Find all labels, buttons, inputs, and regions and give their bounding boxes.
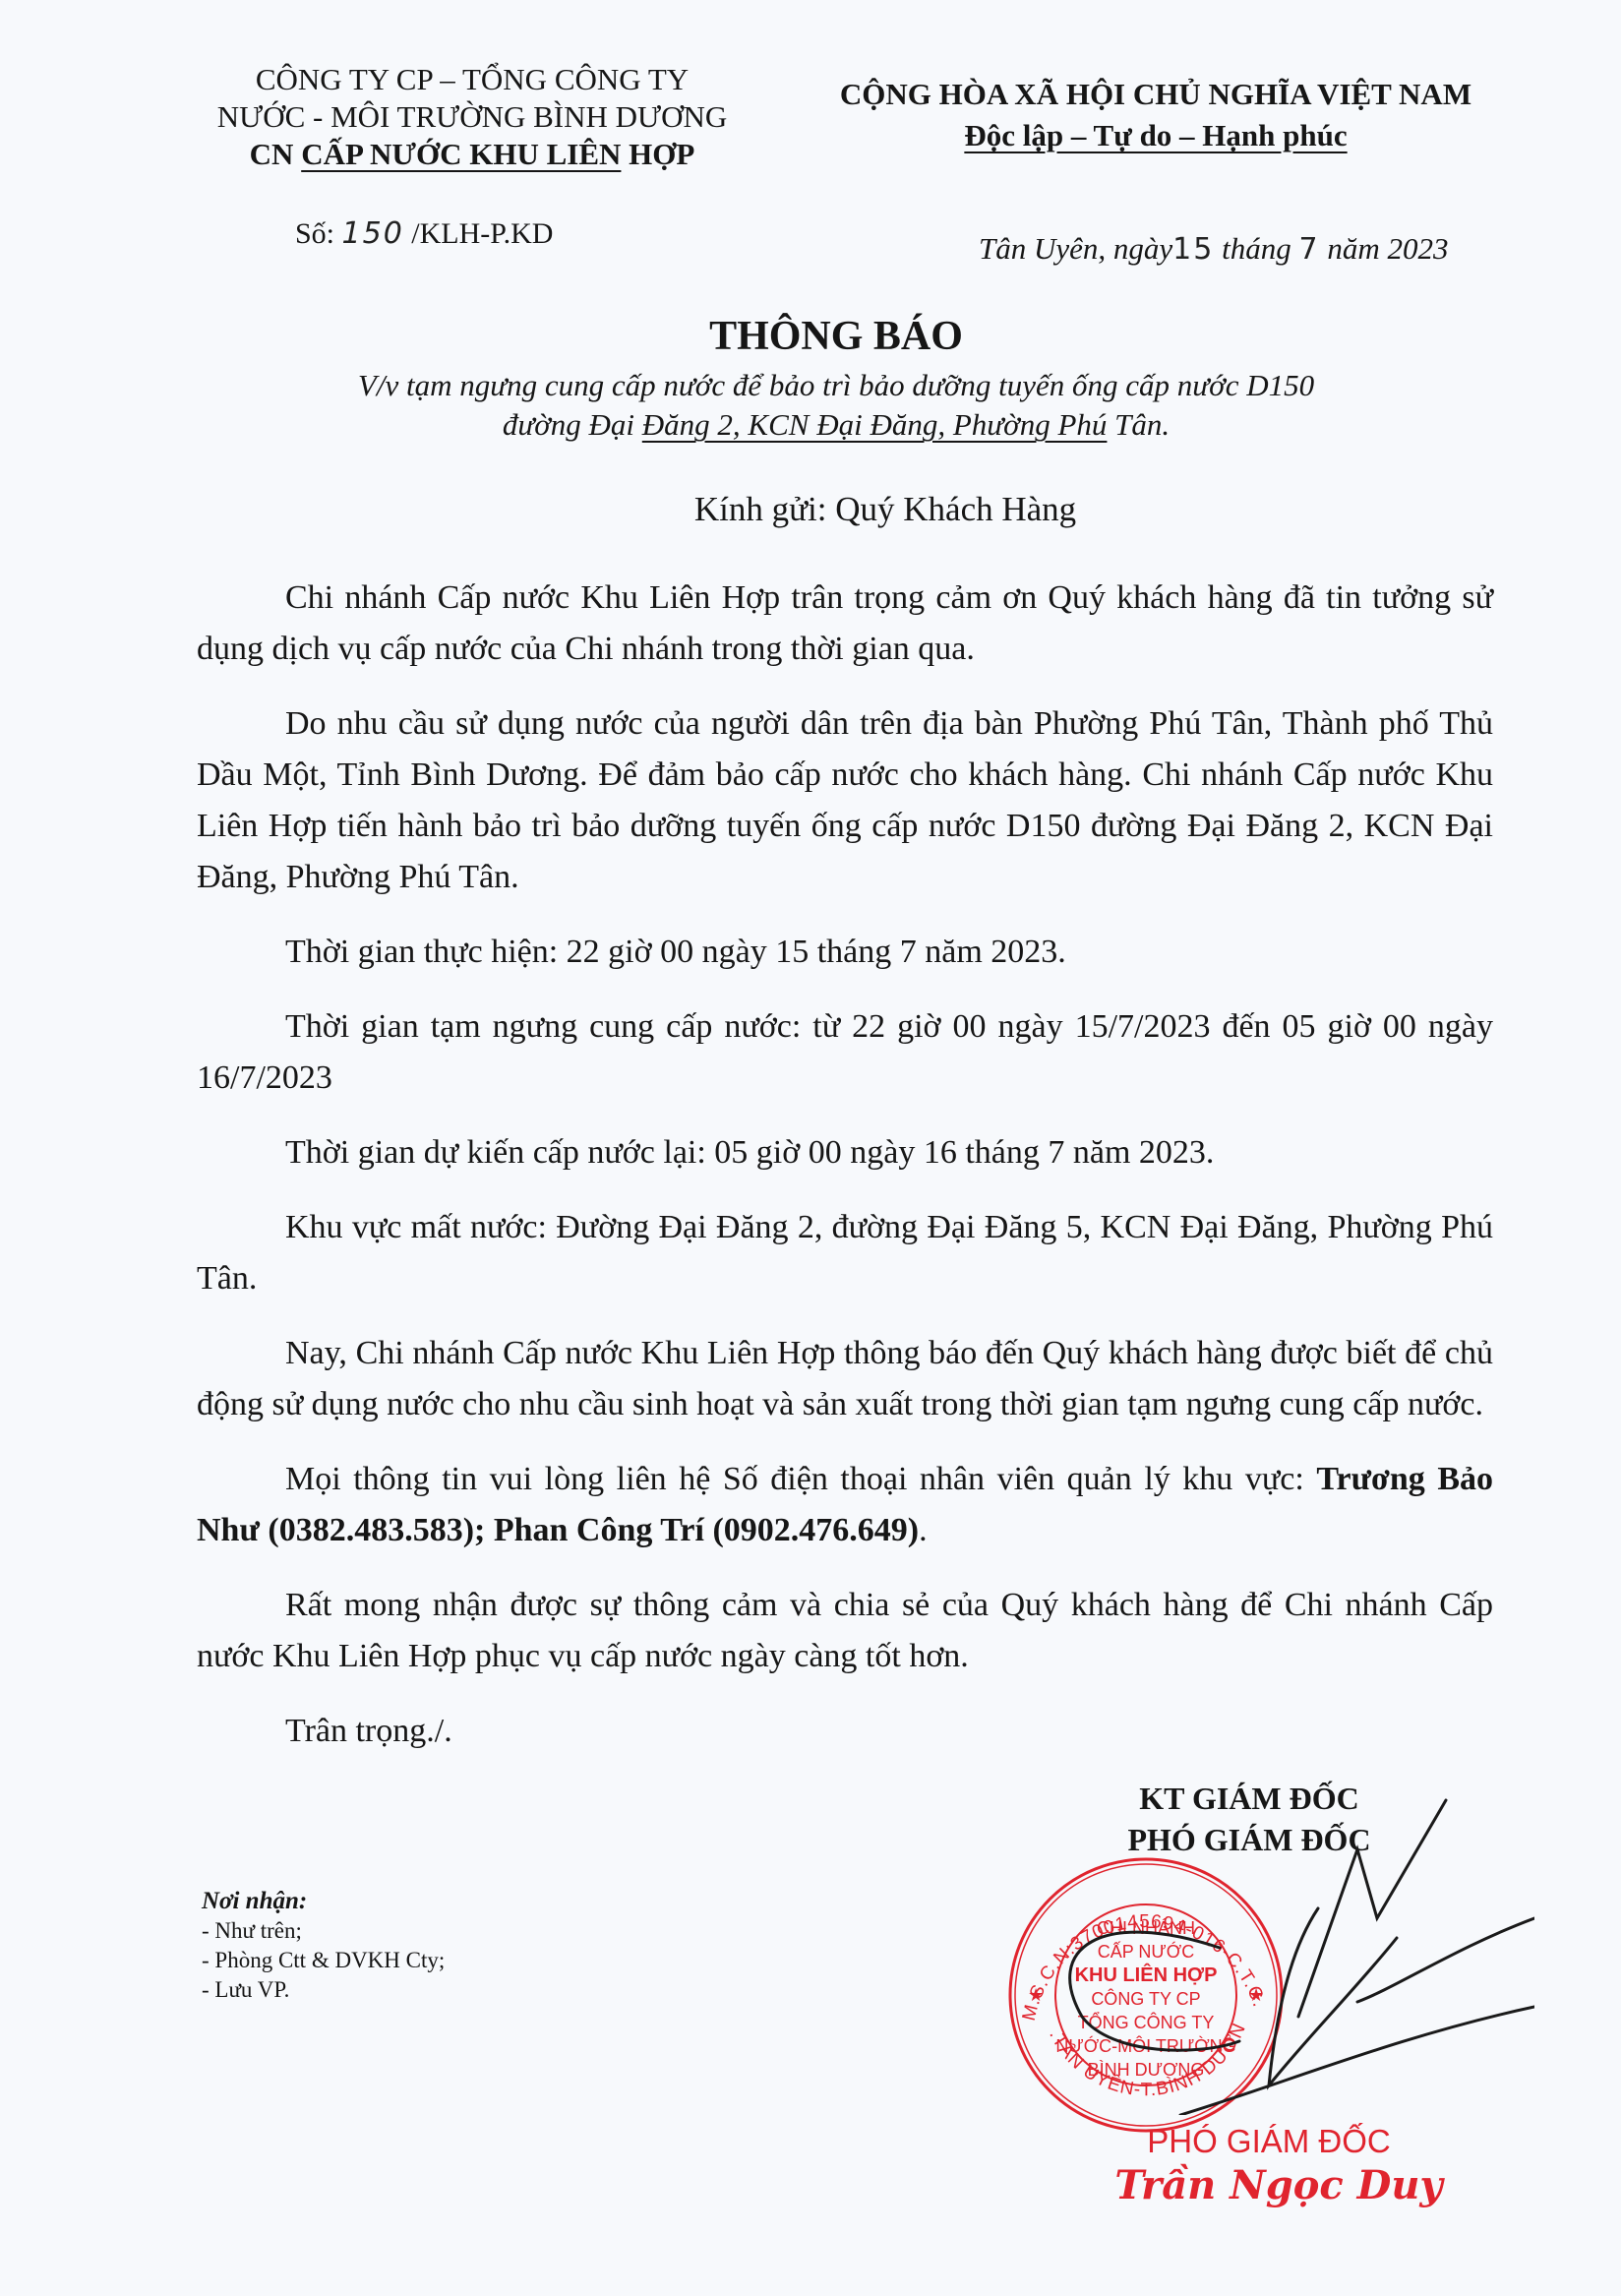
paragraph-execution-time: Thời gian thực hiện: 22 giờ 00 ngày 15 t…	[197, 927, 1493, 978]
national-motto: Độc lập – Tự do – Hạnh phúc	[792, 115, 1520, 156]
paragraph-affected-area: Khu vực mất nước: Đường Đại Đăng 2, đườn…	[197, 1202, 1493, 1304]
doc-no-label: Số:	[295, 217, 334, 250]
paragraph-appreciation: Rất mong nhận được sự thông cảm và chia …	[197, 1580, 1493, 1682]
national-title: CỘNG HÒA XÃ HỘI CHỦ NGHĨA VIỆT NAM	[792, 74, 1520, 115]
month-handwritten: 7	[1298, 232, 1319, 267]
issuer-branch: CN CẤP NƯỚC KHU LIÊN HỢP	[157, 136, 787, 173]
paragraph-contacts: Mọi thông tin vui lòng liên hệ Số điện t…	[197, 1454, 1493, 1556]
year-label: năm 2023	[1320, 231, 1449, 266]
month-label: tháng	[1214, 231, 1298, 266]
closing: Trân trọng./.	[197, 1706, 1493, 1757]
paragraph-restore-time: Thời gian dự kiến cấp nước lại: 05 giờ 0…	[197, 1127, 1493, 1178]
signature-icon	[984, 1790, 1534, 2115]
issuer-header: CÔNG TY CP – TỔNG CÔNG TY NƯỚC - MÔI TRƯ…	[157, 61, 787, 173]
doc-no-suffix: /KLH-P.KD	[404, 217, 554, 250]
issuer-branch-prefix: CN	[250, 137, 302, 171]
national-header: CỘNG HÒA XÃ HỘI CHỦ NGHĨA VIỆT NAM Độc l…	[792, 74, 1520, 156]
recipients: Nơi nhận: - Như trên; - Phòng Ctt & DVKH…	[202, 1887, 445, 2005]
subject-line-2-suffix: Tân.	[1107, 407, 1170, 442]
contacts-intro: Mọi thông tin vui lòng liên hệ Số điện t…	[285, 1461, 1316, 1497]
subject-line-2: đường Đại Đăng 2, KCN Đại Đăng, Phường P…	[295, 405, 1377, 445]
subject-line-1: V/v tạm ngưng cung cấp nước để bảo trì b…	[295, 366, 1377, 405]
recipient-item: - Phòng Ctt & DVKH Cty;	[202, 1946, 445, 1975]
issuer-branch-suffix: HỢP	[621, 137, 694, 171]
paragraph-reason: Do nhu cầu sử dụng nước của người dân tr…	[197, 698, 1493, 903]
national-motto-text: Độc lập – Tự do – Hạnh phúc	[964, 118, 1347, 152]
issuer-line-1: CÔNG TY CP – TỔNG CÔNG TY	[157, 61, 787, 98]
paragraph-thanks: Chi nhánh Cấp nước Khu Liên Hợp trân trọ…	[197, 573, 1493, 675]
recipient-item: - Như trên;	[202, 1916, 445, 1946]
signer-name: Trần Ngọc Duy	[1092, 2162, 1466, 2208]
subject-line-2-underlined: Đăng 2, KCN Đại Đăng, Phường Phú	[642, 407, 1108, 442]
subject-line-2-prefix: đường Đại	[503, 407, 642, 442]
place-date: Tân Uyên, ngày15 tháng 7 năm 2023	[979, 231, 1448, 267]
paragraph-notice: Nay, Chi nhánh Cấp nước Khu Liên Hợp thô…	[197, 1328, 1493, 1430]
contacts-end: .	[919, 1512, 928, 1548]
doc-no-handwritten: 150	[342, 216, 404, 251]
place-prefix: Tân Uyên, ngày	[979, 231, 1172, 266]
document-body: Chi nhánh Cấp nước Khu Liên Hợp trân trọ…	[197, 573, 1493, 1757]
recipients-heading: Nơi nhận:	[202, 1887, 445, 1916]
document-subject: V/v tạm ngưng cung cấp nước để bảo trì b…	[295, 366, 1377, 445]
day-handwritten: 15	[1172, 232, 1214, 267]
greeting: Kính gửi: Quý Khách Hàng	[590, 490, 1180, 529]
recipient-item: - Lưu VP.	[202, 1975, 445, 2005]
paragraph-suspension-time: Thời gian tạm ngưng cung cấp nước: từ 22…	[197, 1001, 1493, 1104]
document-title: THÔNG BÁO	[295, 313, 1377, 360]
document-number: Số: 150 /KLH-P.KD	[295, 216, 553, 251]
signer-title: PHÓ GIÁM ĐỐC	[1092, 2123, 1446, 2160]
issuer-branch-underlined: CẤP NƯỚC KHU LIÊN	[301, 137, 621, 171]
issuer-line-2: NƯỚC - MÔI TRƯỜNG BÌNH DƯƠNG	[157, 98, 787, 136]
